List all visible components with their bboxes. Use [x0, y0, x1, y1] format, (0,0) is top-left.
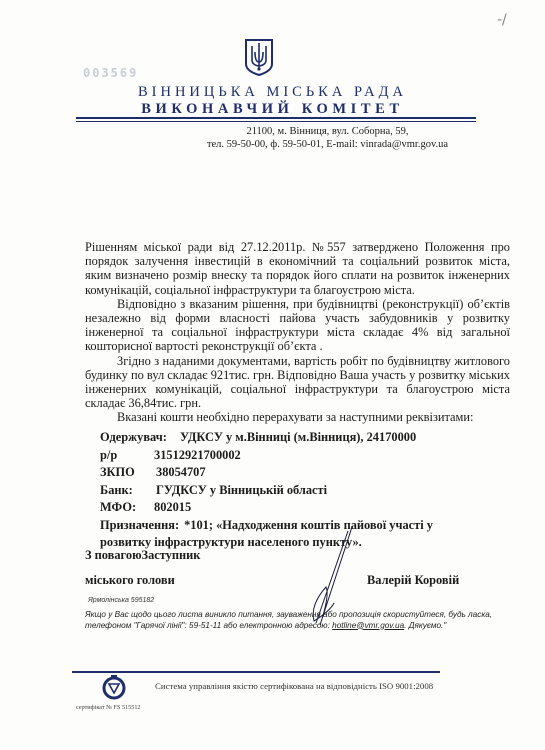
bank-value: ГУДКСУ у Вінницькій області [156, 482, 327, 500]
requisite-zkpo: ЗКПО 38054707 [100, 464, 433, 482]
regards-line: З повагоюЗаступник [85, 548, 200, 563]
contacts-line: тел. 59-50-00, ф. 59-50-01, E-mail: vinr… [0, 139, 545, 150]
address-line: 21100, м. Вінниця, вул. Соборна, 59, [0, 126, 545, 137]
requisite-account: р/р 31512921700002 [100, 447, 433, 465]
account-value: 31512921700002 [154, 447, 241, 465]
hotline-thanks: . Дякуємо." [404, 621, 446, 630]
footer-divider [72, 671, 440, 673]
city-council-title: ВІННИЦЬКА МІСЬКА РАДА [0, 84, 545, 101]
requisite-mfo: МФО: 802015 [100, 499, 433, 517]
header-divider [76, 117, 476, 122]
recipient-label: Одержувач: [100, 429, 180, 447]
zkpo-value: 38054707 [156, 464, 206, 482]
ukraine-trident-icon [244, 38, 274, 76]
registration-stamp: 003569 [83, 66, 138, 80]
executor-note: Ярмолінська 595182 [88, 597, 154, 604]
requisite-bank: Банк: ГУДКСУ у Вінницькій області [100, 482, 433, 500]
paragraph-amount: Згідно з наданими документами, вартість … [85, 354, 510, 411]
mfo-label: МФО: [100, 499, 154, 517]
purpose-label: Призначення: [100, 517, 179, 535]
requisite-recipient: Одержувач: УДКСУ у м.Вінниці (м.Вінниця)… [100, 429, 433, 447]
certificate-number: сертифікат № FS 515512 [76, 704, 141, 711]
account-label: р/р [100, 447, 154, 465]
iso-certification-logo-icon [102, 674, 126, 700]
requisite-purpose: Призначення: *101; «Надходження коштів п… [100, 517, 433, 535]
letter-body: Рішенням міської ради від 27.12.2011р. №… [85, 240, 510, 425]
paragraph-decision: Рішенням міської ради від 27.12.2011р. №… [85, 240, 510, 297]
hotline-email-link[interactable]: hotline@vmr.gov.ua [332, 621, 404, 630]
quality-system-text: Система управління якістю сертифікована … [155, 681, 433, 691]
signer-position: міського голови [85, 573, 175, 588]
paragraph-share: Відповідно з вказаним рішення, при будів… [85, 297, 510, 354]
hotline-note: Якщо у Вас щодо цього листа виникло пита… [85, 610, 515, 631]
mfo-value: 802015 [154, 499, 191, 517]
executive-committee-title: ВИКОНАВЧИЙ КОМІТЕТ [0, 101, 545, 118]
recipient-value: УДКСУ у м.Вінниці (м.Вінниця), 24170000 [180, 429, 416, 447]
handwritten-corner-mark: -/ [497, 12, 507, 28]
bank-label: Банк: [100, 482, 156, 500]
paragraph-transfer: Вказані кошти необхідно перерахувати за … [85, 410, 510, 424]
zkpo-label: ЗКПО [100, 464, 156, 482]
payment-requisites: Одержувач: УДКСУ у м.Вінниці (м.Вінниця)… [100, 429, 433, 552]
signer-name: Валерій Коровій [367, 573, 459, 588]
